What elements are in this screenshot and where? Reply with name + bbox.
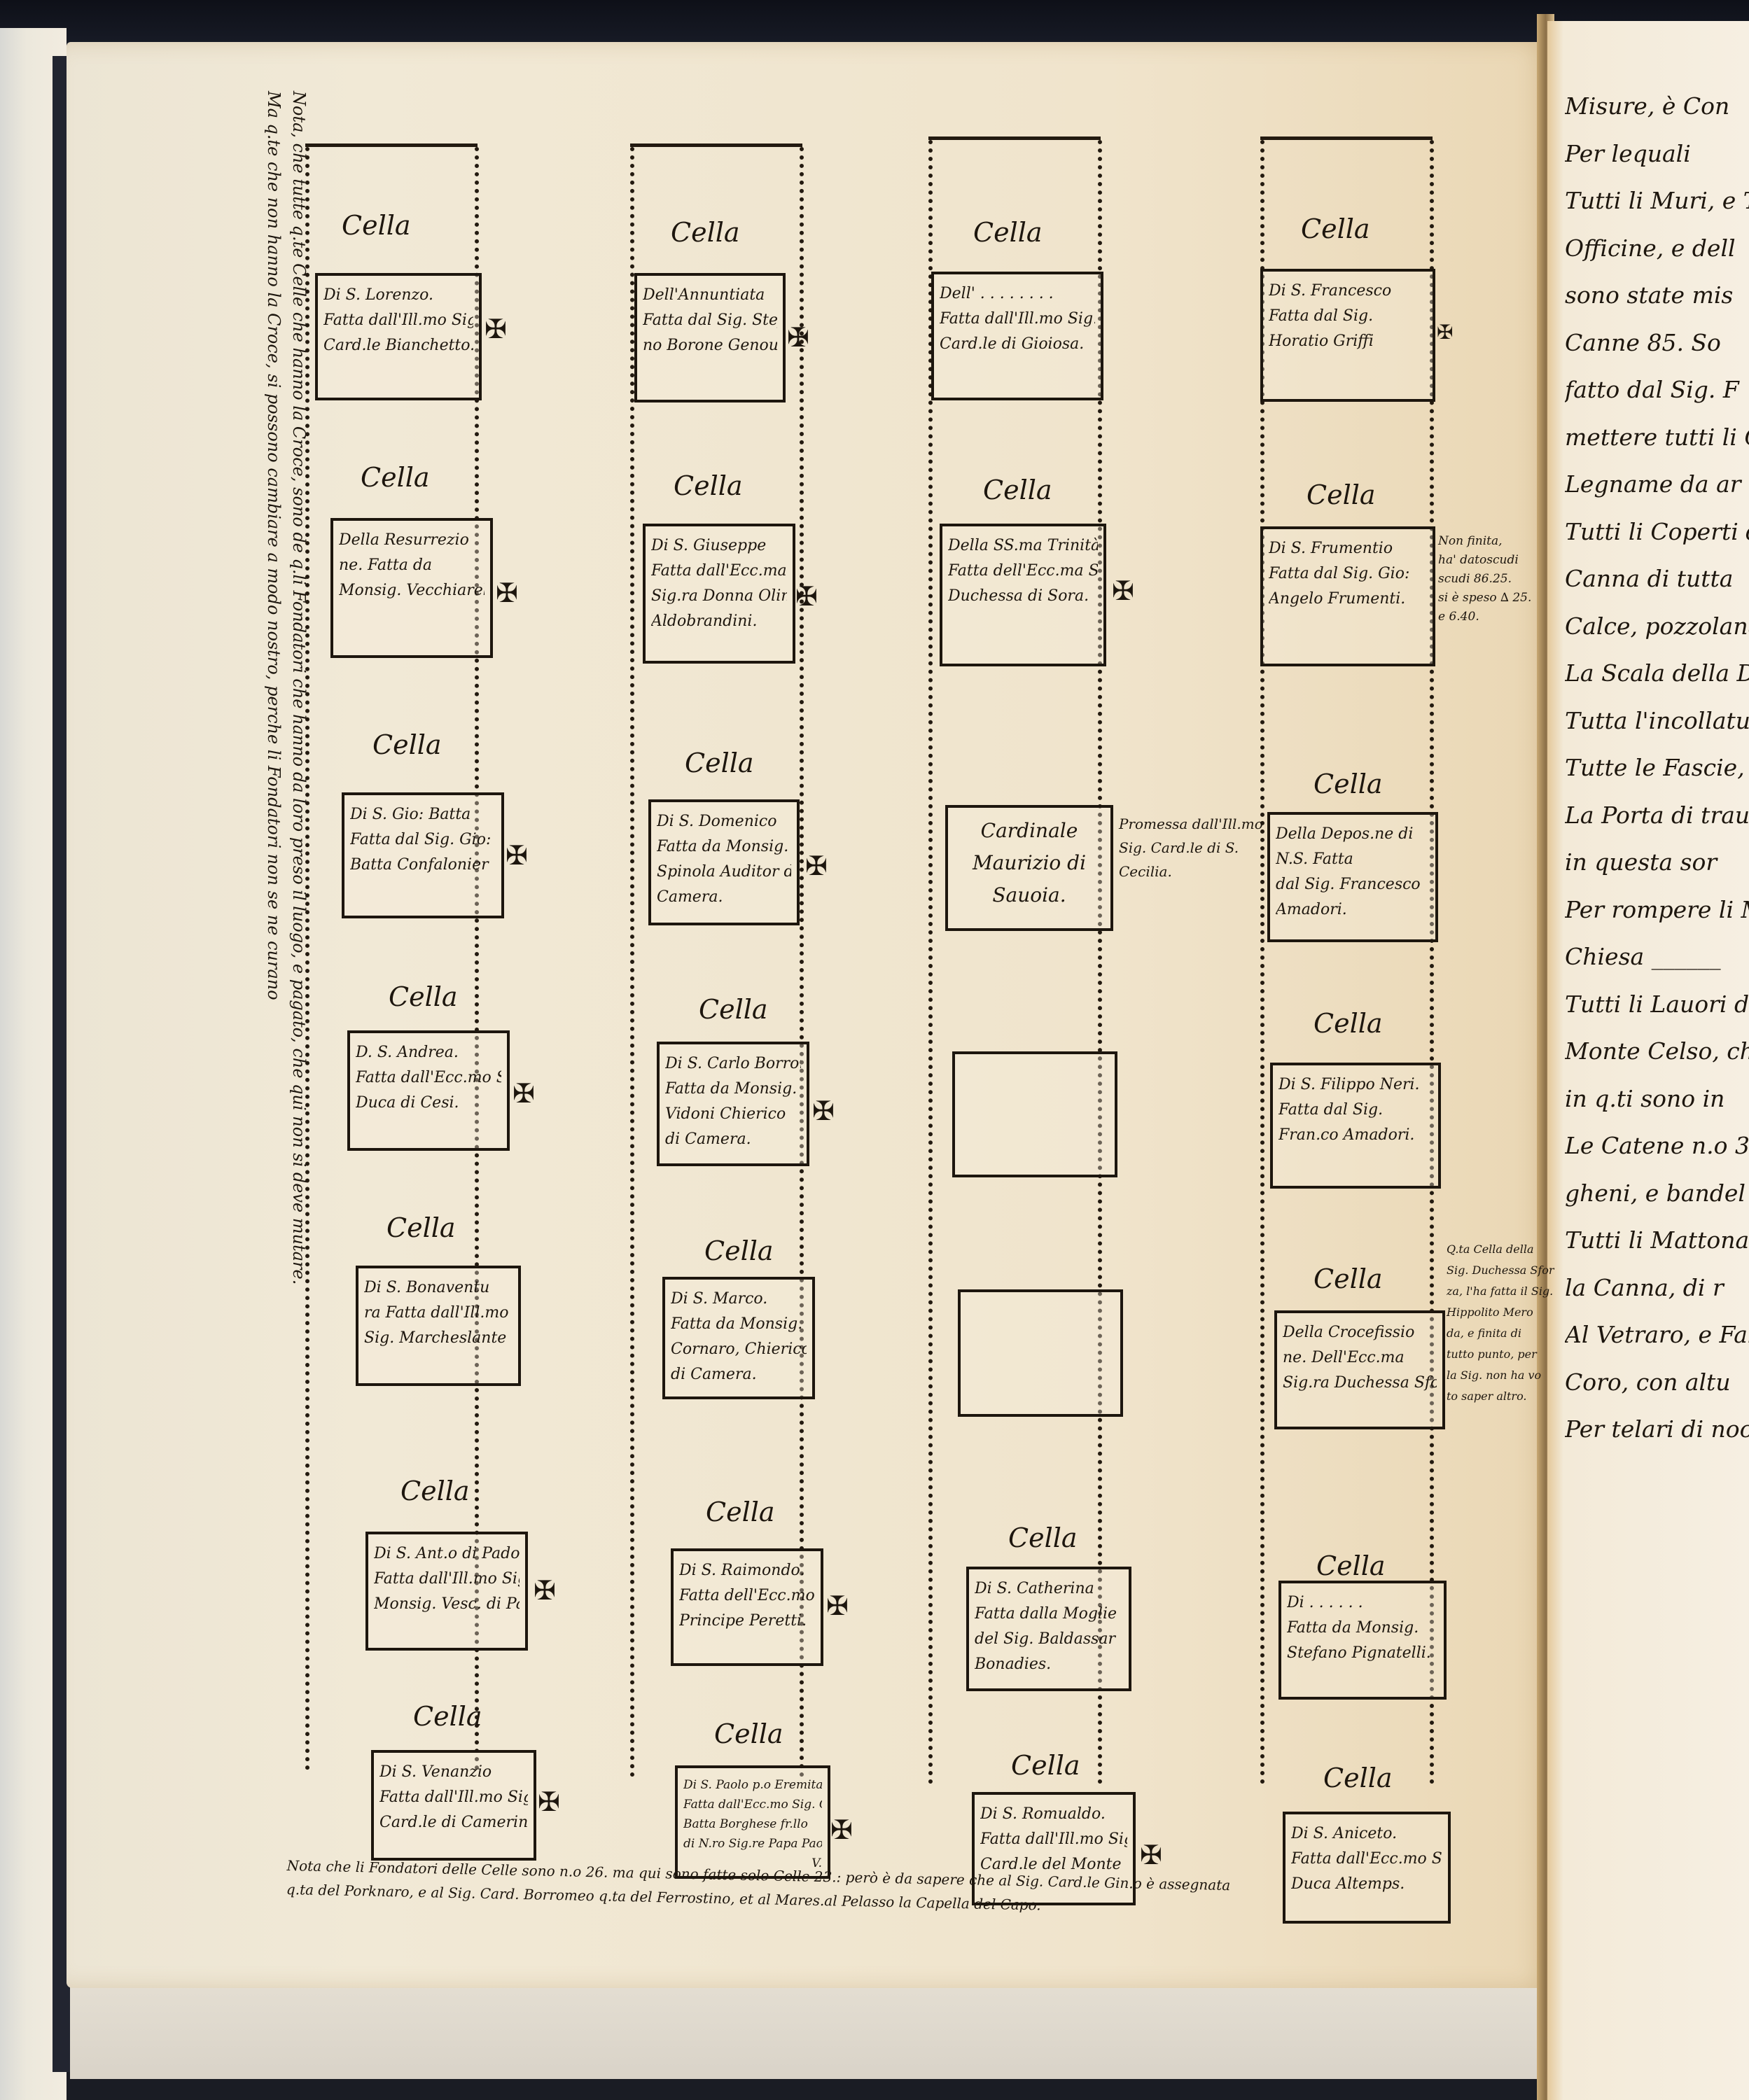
cell-line: Di S. Domenico xyxy=(657,809,791,834)
cell-label: Cella xyxy=(400,1476,470,1506)
cell-line: Di S. Giuseppe xyxy=(651,533,787,559)
cell-box-san-francesco: Di S. Francesco Fatta dal Sig. Horatio G… xyxy=(1260,269,1435,402)
cell-line: Amadori. xyxy=(1276,897,1430,923)
cell-line: Fatta dall'Ill.mo Sig. xyxy=(379,1785,528,1810)
right-line: Misure, è Con xyxy=(1565,83,1749,130)
cell-line: di Camera. xyxy=(671,1362,807,1387)
right-line: Canna di tutta xyxy=(1565,555,1749,603)
right-line: in questa sor xyxy=(1565,839,1749,886)
cell-label: Cella xyxy=(704,1235,774,1266)
cross-icon: ✠ xyxy=(496,577,518,608)
note-line: da, e finita di xyxy=(1447,1323,1554,1344)
cell-box-san-giuseppe: Di S. Giuseppe Fatta dall'Ecc.ma Sig.ra … xyxy=(643,524,795,664)
cell-line: Di . . . . . . xyxy=(1287,1590,1438,1616)
cross-icon: ✠ xyxy=(812,1095,835,1126)
cell-line: Maurizio di xyxy=(954,847,1105,879)
cell-line: Duca di Cesi. xyxy=(356,1091,501,1116)
right-line: Canne 85. So xyxy=(1565,319,1749,367)
cell-box-san-raimondo: Di S. Raimondo. Fatta dell'Ecc.mo Sig. P… xyxy=(671,1548,823,1666)
cell-line: Horatio Griffi xyxy=(1269,329,1427,354)
column-cap-1 xyxy=(305,143,478,147)
note-line: e 6.40. xyxy=(1438,608,1531,626)
cell-label: Cella xyxy=(413,1701,482,1732)
note-line: Sig. Duchessa Sfor xyxy=(1447,1260,1554,1281)
cell-line: Di S. Ant.o di Padoua xyxy=(374,1541,520,1567)
cell-line: Fatta dall'Ill.mo Sig. xyxy=(323,308,473,333)
cell-line: ra Fatta dall'Ill.mo xyxy=(364,1301,513,1326)
cell-line: Card.le di Camerino. xyxy=(379,1810,528,1835)
cell-label: Cella xyxy=(1314,1008,1383,1039)
cross-icon: ✠ xyxy=(1140,1840,1162,1870)
cell-line: di N.ro Sig.re Papa Paolo xyxy=(683,1834,822,1854)
cell-line: ne. Fatta da xyxy=(339,553,485,578)
cell-line: D. S. Andrea. xyxy=(356,1040,501,1065)
cell-box-san-bonaventura: Di S. Bonaventu ra Fatta dall'Ill.mo Sig… xyxy=(356,1266,521,1386)
cell-line: Fatta dal Sig. xyxy=(1278,1098,1433,1123)
cell-line: Della SS.ma Trinità xyxy=(948,533,1098,559)
cell-line: di Camera. xyxy=(665,1127,801,1152)
cell-label: Cella xyxy=(386,1212,456,1243)
cell-line: Stefano Pignatelli. xyxy=(1287,1641,1438,1666)
cross-icon: ✠ xyxy=(538,1786,560,1817)
cell-label: Cella xyxy=(706,1497,775,1527)
cell-line: Card.le Bianchetto. xyxy=(323,333,473,358)
margin-note-frumentio: Non finita, ha' datoscudi scudi 86.25. s… xyxy=(1438,532,1531,626)
cell-line: Cardinale xyxy=(954,815,1105,847)
cell-line: Fatta dall'Ecc.mo Sig. xyxy=(356,1065,501,1091)
right-line: Per rompere li M xyxy=(1565,886,1749,934)
note-line: to saper altro. xyxy=(1447,1386,1554,1407)
cell-label: Cella xyxy=(361,462,430,493)
right-line: La Scala della Dis xyxy=(1565,650,1749,697)
note-line: si è speso ∆ 25. xyxy=(1438,589,1531,608)
cell-line: Di S. Venanzio xyxy=(379,1760,528,1785)
cell-line: Di S. Raimondo. xyxy=(679,1558,815,1583)
margin-note-cecilia: Promessa dall'Ill.mo Sig. Card.le di S. … xyxy=(1119,812,1263,883)
cell-label: Cella xyxy=(671,217,740,248)
right-line: sono state mis xyxy=(1565,272,1749,319)
right-line: Per telari di noce xyxy=(1565,1406,1749,1453)
cell-line: Di S. Francesco xyxy=(1269,279,1427,304)
cell-line: Monsig. Vesc. di Pado xyxy=(374,1592,520,1617)
cross-icon: ✠ xyxy=(795,581,818,612)
right-page-text: Misure, è Con Per lequali Tutti li Muri,… xyxy=(1565,83,1749,1453)
cell-label: Cella xyxy=(685,748,754,778)
note-line: ha' datoscudi xyxy=(1438,551,1531,570)
cell-line: Bonadies. xyxy=(975,1652,1123,1677)
right-line: fatto dal Sig. F xyxy=(1565,366,1749,414)
cell-box-san-venanzio: Di S. Venanzio Fatta dall'Ill.mo Sig. Ca… xyxy=(371,1750,536,1861)
note-line: Non finita, xyxy=(1438,532,1531,551)
cell-box-santissima-trinita: Della SS.ma Trinità Fatta dell'Ecc.ma Si… xyxy=(940,524,1106,666)
page-stack-bottom xyxy=(70,1974,1568,2079)
right-line: Monte Celso, ch xyxy=(1565,1028,1749,1075)
cell-line: Di S. Romualdo. xyxy=(980,1802,1127,1827)
cell-line: Fatta dal Sig. Gio: xyxy=(1269,561,1427,587)
cell-line: Spinola Auditor della xyxy=(657,860,791,885)
cell-box-san-carlo-borromeo: Di S. Carlo Borromeo Fatta da Monsig. Vi… xyxy=(657,1042,809,1166)
cell-line: Fatta dal Sig. Gio: xyxy=(350,827,496,853)
margin-note-crocefissione: Q.ta Cella della Sig. Duchessa Sfor za, … xyxy=(1447,1239,1554,1407)
cell-label: Cella xyxy=(1011,1750,1080,1781)
cell-line: Dell'Annuntiata xyxy=(643,283,777,308)
cell-line: Della Resurrezio xyxy=(339,528,485,553)
cell-line: Aldobrandini. xyxy=(651,609,787,634)
vertical-note: Nota, che tutte q.te Celle che hanno la … xyxy=(261,91,312,1421)
right-line: Tutta l'incollatura xyxy=(1565,697,1749,745)
cell-line: Angelo Frumenti. xyxy=(1269,587,1427,612)
right-line: Tutti li Mattonati xyxy=(1565,1217,1749,1264)
cell-line: Di S. Aniceto. xyxy=(1291,1821,1442,1847)
note-line: Cecilia. xyxy=(1119,860,1263,883)
cell-box-annuntiata: Dell'Annuntiata Fatta dal Sig. Stefa no … xyxy=(634,273,786,402)
cell-line: Di S. Lorenzo. xyxy=(323,283,473,308)
cell-label: Cella xyxy=(714,1718,783,1749)
cell-label: Cella xyxy=(1323,1763,1393,1793)
cell-line: Fatta dall'Ecc.ma xyxy=(651,559,787,584)
cell-label: Cella xyxy=(389,981,458,1012)
cell-line: Duchessa di Sora. xyxy=(948,584,1098,609)
note-line: tutto punto, per xyxy=(1447,1344,1554,1365)
cell-line: Fatta dall'Ill.mo Sig. xyxy=(980,1827,1127,1852)
cell-line: Camera. xyxy=(657,885,791,910)
cell-line: Sig.ra Donna Olimpia xyxy=(651,584,787,609)
right-line: mettere tutti li C xyxy=(1565,414,1749,461)
cell-label: Cella xyxy=(372,729,442,760)
cell-label: Cella xyxy=(1301,213,1370,244)
right-line: Legname da ar xyxy=(1565,461,1749,508)
cell-line: Fatta dalla Moglie xyxy=(975,1602,1123,1627)
cell-line: Fatta dall'Ill.mo Sig. xyxy=(940,307,1095,332)
cell-box-cardinale-savoia: Cardinale Maurizio di Sauoia. xyxy=(945,805,1113,931)
cell-line: Card.le di Gioiosa. xyxy=(940,332,1095,357)
right-line: Per lequali xyxy=(1565,130,1749,178)
cell-line: Batta Confalonier xyxy=(350,853,496,878)
cell-line: Principe Peretti. xyxy=(679,1609,815,1634)
cell-line: Fatta dall'Ill.mo Sig. xyxy=(374,1567,520,1592)
cross-icon: ✠ xyxy=(826,1590,849,1621)
cell-label: Cella xyxy=(342,210,411,241)
cell-box-sant-andrea: D. S. Andrea. Fatta dall'Ecc.mo Sig. Duc… xyxy=(347,1030,510,1151)
cell-line: N.S. Fatta xyxy=(1276,847,1430,872)
cell-line: Sig.ra Duchessa Sforza xyxy=(1283,1371,1437,1396)
note-line: za, l'ha fatta il Sig. xyxy=(1447,1281,1554,1302)
cell-line: Della Crocefissio xyxy=(1283,1320,1437,1345)
cell-line: Fatta dal Sig. Stefa xyxy=(643,308,777,333)
cross-icon: ✠ xyxy=(1112,575,1134,606)
cell-line: Della Depos.ne di xyxy=(1276,822,1430,847)
cell-box-santa-caterina: Di S. Catherina Fatta dalla Moglie del S… xyxy=(966,1567,1131,1691)
cell-line: ne. Dell'Ecc.ma xyxy=(1283,1345,1437,1371)
cell-label: Cella xyxy=(1316,1550,1386,1581)
right-line: Coro, con altu xyxy=(1565,1359,1749,1406)
cross-icon: ✠ xyxy=(830,1814,853,1845)
cell-line: Batta Borghese fr.llo xyxy=(683,1814,822,1834)
cell-line: Di S. Marco. xyxy=(671,1287,807,1312)
right-line: in q.ti sono in xyxy=(1565,1075,1749,1123)
cell-line: Fatta dall'Ecc.mo Sig. Gio: xyxy=(683,1795,822,1814)
cell-line: Di S. Gio: Batta xyxy=(350,802,496,827)
vertical-note-line: Ma q.te che non hanno la Croce, si posso… xyxy=(261,91,286,1421)
note-line: Promessa dall'Ill.mo xyxy=(1119,812,1263,836)
cell-label: Cella xyxy=(1314,769,1383,799)
cell-line: del Sig. Baldassar xyxy=(975,1627,1123,1652)
right-line: Tutti li Coperti d xyxy=(1565,508,1749,556)
cell-line: Fatta dell'Ecc.mo Sig. xyxy=(679,1583,815,1609)
cell-box-sant-antonio-padova: Di S. Ant.o di Padoua Fatta dall'Ill.mo … xyxy=(365,1532,528,1651)
cell-box-pignatelli: Di . . . . . . Fatta da Monsig. Stefano … xyxy=(1278,1581,1447,1700)
cell-line: Fatta da Monsig. xyxy=(671,1312,807,1337)
note-line: scudi 86.25. xyxy=(1438,570,1531,589)
cell-line: dal Sig. Francesco xyxy=(1276,872,1430,897)
cell-box-san-frumentio: Di S. Frumentio Fatta dal Sig. Gio: Ange… xyxy=(1260,526,1435,666)
cell-line: Di S. Paolo p.o Eremita xyxy=(683,1775,822,1795)
cell-box-crocefissione: Della Crocefissio ne. Dell'Ecc.ma Sig.ra… xyxy=(1274,1310,1445,1429)
cell-line: Monsig. Vecchiarelli xyxy=(339,578,485,603)
right-line: Tutti li Lauori di xyxy=(1565,981,1749,1028)
cell-line: Di S. Frumentio xyxy=(1269,536,1427,561)
cell-line: Fatta dal Sig. xyxy=(1269,304,1427,329)
cell-line: Di S. Carlo Borromeo xyxy=(665,1051,801,1077)
right-line: Tutti li Muri, e T xyxy=(1565,177,1749,225)
cross-icon: ✠ xyxy=(485,314,507,344)
cell-line: Di S. Bonaventu xyxy=(364,1275,513,1301)
right-line: Chiesa ______ xyxy=(1565,933,1749,981)
cell-line: Fatta dall'Ecc.mo Sig. xyxy=(1291,1847,1442,1872)
cell-box-empty-1 xyxy=(952,1051,1117,1177)
cross-icon: ✠ xyxy=(1437,321,1453,344)
column-cap-2 xyxy=(630,143,802,147)
cell-box-san-giovanni-battista: Di S. Gio: Batta Fatta dal Sig. Gio: Bat… xyxy=(342,792,504,918)
right-line: Tutte le Fascie, p xyxy=(1565,744,1749,792)
cross-icon: ✠ xyxy=(534,1575,556,1606)
cell-line: Cornaro, Chierico xyxy=(671,1337,807,1362)
cell-line: Fatta dell'Ecc.ma Sig. xyxy=(948,559,1098,584)
cell-line: Di S. Catherina xyxy=(975,1576,1123,1602)
cross-icon: ✠ xyxy=(506,840,528,871)
cell-label: Cella xyxy=(983,475,1052,505)
note-line: Sig. Card.le di S. xyxy=(1119,836,1263,860)
cell-label: Cella xyxy=(699,994,768,1025)
note-line: la Sig. non ha vo xyxy=(1447,1365,1554,1386)
cell-label: Cella xyxy=(1306,479,1376,510)
cell-line: no Borone Genouese. xyxy=(643,333,777,358)
cell-box-san-lorenzo: Di S. Lorenzo. Fatta dall'Ill.mo Sig. Ca… xyxy=(315,273,482,400)
column-cap-4 xyxy=(1260,136,1433,140)
cell-line: Vidoni Chierico xyxy=(665,1102,801,1127)
cell-label: Cella xyxy=(1008,1522,1078,1553)
cell-line: Fatta da Monsig. xyxy=(665,1077,801,1102)
cell-box-san-domenico: Di S. Domenico Fatta da Monsig. Spinola … xyxy=(648,799,800,925)
column-cap-3 xyxy=(928,136,1101,140)
cell-box-san-marco: Di S. Marco. Fatta da Monsig. Cornaro, C… xyxy=(662,1277,815,1399)
right-line: Le Catene n.o 3. dell xyxy=(1565,1122,1749,1170)
cell-box-san-filippo-neri: Di S. Filippo Neri. Fatta dal Sig. Fran.… xyxy=(1270,1063,1441,1189)
note-line: Q.ta Cella della xyxy=(1447,1239,1554,1260)
right-line: Officine, e dell xyxy=(1565,225,1749,272)
cell-line: Fran.co Amadori. xyxy=(1278,1123,1433,1148)
cell-box-empty-2 xyxy=(958,1289,1123,1417)
cell-label: Cella xyxy=(1314,1263,1383,1294)
cell-line: Fatta da Monsig. xyxy=(657,834,791,860)
right-line: la Canna, di r xyxy=(1565,1264,1749,1312)
cell-line: Dell' . . . . . . . . xyxy=(940,281,1095,307)
cross-icon: ✠ xyxy=(787,322,809,353)
cell-label: Cella xyxy=(674,470,743,501)
right-line: Calce, pozzolana xyxy=(1565,603,1749,650)
cell-line: Sig. Marcheslante xyxy=(364,1326,513,1351)
cross-icon: ✠ xyxy=(513,1078,535,1109)
cell-line: Sauoia. xyxy=(954,879,1105,911)
cell-box-gioiosa: Dell' . . . . . . . . Fatta dall'Ill.mo … xyxy=(931,272,1103,400)
right-line: Al Vetraro, e Fab xyxy=(1565,1311,1749,1359)
cell-box-resurrezione: Della Resurrezio ne. Fatta da Monsig. Ve… xyxy=(330,518,493,658)
cross-icon: ✠ xyxy=(805,850,828,881)
right-line: gheni, e bandel xyxy=(1565,1170,1749,1217)
cell-line: Di S. Filippo Neri. xyxy=(1278,1072,1433,1098)
right-line: La Porta di traue xyxy=(1565,792,1749,839)
cell-label: Cella xyxy=(973,217,1043,248)
cell-line: Fatta da Monsig. xyxy=(1287,1616,1438,1641)
cell-box-deposizione: Della Depos.ne di N.S. Fatta dal Sig. Fr… xyxy=(1267,812,1438,942)
note-line: Hippolito Mero xyxy=(1447,1302,1554,1323)
